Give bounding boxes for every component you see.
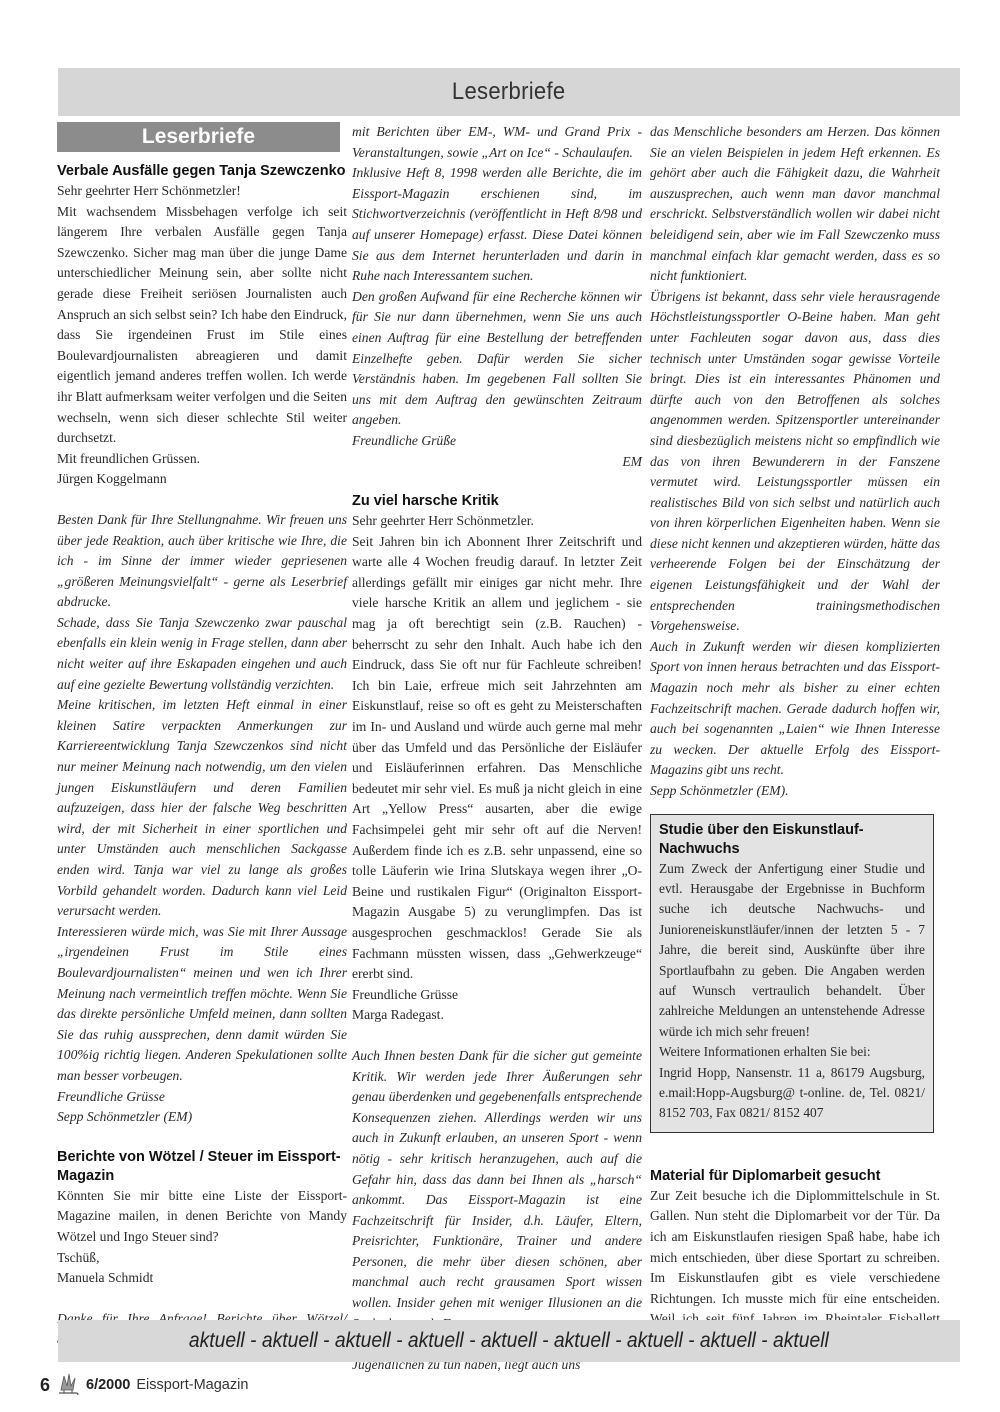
- letter-author: Manuela Schmidt: [57, 1268, 347, 1289]
- reply-paragraph: Interessieren würde mich, was Sie mit Ih…: [57, 922, 347, 1087]
- editor-reply-2-continued: mit Berichten über EM-, WM- und Grand Pr…: [352, 122, 642, 472]
- letter-heading: Zu viel harsche Kritik: [352, 492, 642, 511]
- reply-paragraph: mit Berichten über EM-, WM- und Grand Pr…: [352, 122, 642, 163]
- page-header-banner: Leserbriefe: [58, 68, 960, 116]
- letter-salutation: Sehr geehrter Herr Schönmetzler!: [57, 181, 347, 202]
- page-number: 6: [40, 1375, 50, 1396]
- letter-closing: Freundliche Grüsse: [352, 985, 642, 1006]
- reply-paragraph: Inklusive Heft 8, 1998 werden alle Beric…: [352, 163, 642, 287]
- letter-closing: Mit freundlichen Grüssen.: [57, 449, 347, 470]
- info-box-body: Zum Zweck der Anfertigung einer Studie u…: [659, 859, 925, 1043]
- column-2: mit Berichten über EM-, WM- und Grand Pr…: [352, 122, 642, 1375]
- reply-paragraph: Schade, dass Sie Tanja Szewczenko zwar p…: [57, 613, 347, 695]
- letter-closing: Tschüß,: [57, 1248, 347, 1269]
- letter-salutation: Sehr geehrter Herr Schönmetzler.: [352, 511, 642, 532]
- info-box-studie: Studie über den Eiskunstlauf-Nachwuchs Z…: [650, 814, 934, 1133]
- letter-woetzel-steuer: Berichte von Wötzel / Steuer im Eissport…: [57, 1148, 347, 1289]
- magazine-name: Eissport-Magazin: [136, 1377, 248, 1393]
- letter-heading: Verbale Ausfälle gegen Tanja Szewczenko: [57, 162, 347, 181]
- info-box-heading: Studie über den Eiskunstlauf-Nachwuchs: [659, 821, 925, 859]
- reply-paragraph: Besten Dank für Ihre Stellungnahme. Wir …: [57, 510, 347, 613]
- letter-body: Könnten Sie mir bitte eine Liste der Eis…: [57, 1186, 347, 1248]
- letter-verbale-ausfaelle: Verbale Ausfälle gegen Tanja Szewczenko …: [57, 162, 347, 490]
- page-header-title: Leserbriefe: [452, 78, 566, 106]
- letter-heading: Berichte von Wötzel / Steuer im Eissport…: [57, 1148, 347, 1186]
- letter-harsche-kritik: Zu viel harsche Kritik Sehr geehrter Her…: [352, 492, 642, 1026]
- issue-number: 6/2000: [86, 1377, 130, 1393]
- reply-signature: EM: [352, 452, 642, 473]
- reply-paragraph: Auch in Zukunft werden wir diesen kompli…: [650, 637, 940, 781]
- reply-paragraph: Den großen Aufwand für eine Recherche kö…: [352, 287, 642, 431]
- reply-paragraph: Übrigens ist bekannt, dass sehr viele he…: [650, 287, 940, 637]
- reply-closing: Freundliche Grüsse: [57, 1087, 347, 1108]
- bottom-banner-text: aktuell - aktuell - aktuell - aktuell - …: [189, 1329, 829, 1353]
- section-label: Leserbriefe: [57, 122, 340, 152]
- info-box-contact: Ingrid Hopp, Nansenstr. 11 a, 86179 Augs…: [659, 1063, 925, 1124]
- column-1: Leserbriefe Verbale Ausfälle gegen Tanja…: [57, 122, 347, 1350]
- reply-closing: Freundliche Grüße: [352, 431, 642, 452]
- reply-paragraph: das Menschliche besonders am Herzen. Das…: [650, 122, 940, 287]
- editor-reply-1: Besten Dank für Ihre Stellungnahme. Wir …: [57, 510, 347, 1128]
- reply-author: Sepp Schönmetzler (EM).: [650, 781, 940, 802]
- letter-body: Seit Jahren bin ich Abonnent Ihrer Zeits…: [352, 532, 642, 985]
- editor-reply-3-continued: das Menschliche besonders am Herzen. Das…: [650, 122, 940, 802]
- reply-author: Sepp Schönmetzler (EM): [57, 1107, 347, 1128]
- letter-author: Jürgen Koggelmann: [57, 469, 347, 490]
- letter-author: Marga Radegast.: [352, 1005, 642, 1026]
- ice-skate-icon: [56, 1372, 80, 1398]
- letter-body: Mit wachsendem Missbehagen verfolge ich …: [57, 202, 347, 449]
- reply-paragraph: Auch Ihnen besten Dank für die sicher gu…: [352, 1046, 642, 1334]
- column-3: das Menschliche besonders am Herzen. Das…: [650, 122, 940, 1351]
- page-footer: 6 6/2000 Eissport-Magazin: [40, 1372, 248, 1398]
- reply-paragraph: Meine kritischen, im letzten Heft einmal…: [57, 695, 347, 922]
- info-box-contact-intro: Weitere Informationen erhalten Sie bei:: [659, 1042, 925, 1062]
- bottom-banner: aktuell - aktuell - aktuell - aktuell - …: [58, 1320, 960, 1362]
- letter-heading: Material für Diplomarbeit gesucht: [650, 1167, 940, 1186]
